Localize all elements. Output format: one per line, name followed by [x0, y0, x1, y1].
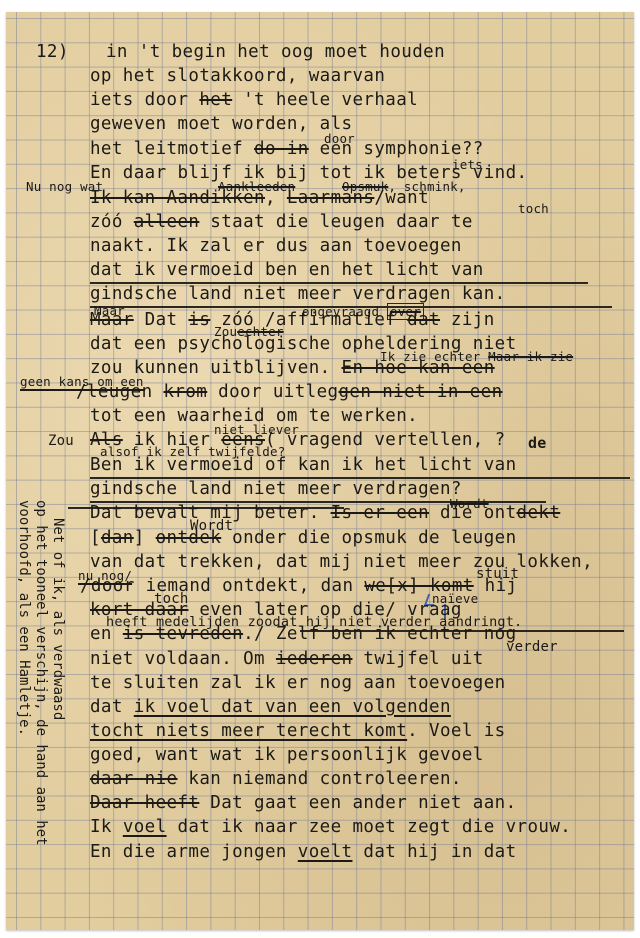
text-line-26: niet voldaan. Om iederen twijfel uit	[90, 649, 484, 669]
text-line-32: Daar heeft Dat gaat een ander niet aan.	[90, 793, 517, 813]
insertion-verder: verder	[506, 639, 558, 655]
text-line-1: in 't begin het oog moet houden	[106, 42, 445, 62]
text-line-10: dat ik vermoeid ben en het licht van	[90, 260, 484, 280]
margin-note-vertical-3: voorhoofd, als een Hamletje.	[16, 500, 32, 736]
text-line-29: tocht niets meer terecht komt. Voel is	[90, 721, 506, 741]
text-line-14: zou kunnen uitblijven. En hoe kan een	[90, 358, 495, 378]
text-line-21: [dan] ontdek onder die opsmuk de leugen	[90, 528, 517, 548]
text-line-20: Dat bevalt mij beter. Is er een die ontd…	[90, 503, 560, 523]
text-line-3: iets door het 't heele verhaal	[90, 90, 418, 110]
text-line-31: daar nie kan niemand controleeren.	[90, 769, 462, 789]
text-line-30: goed, want wat ik persoonlijk gevoel	[90, 745, 484, 765]
text-line-18: Ben ik vermoeid of kan ik het licht van	[90, 455, 517, 475]
text-line-27: te sluiten zal ik er nog aan toevoegen	[90, 673, 506, 693]
text-line-9: naakt. Ik zal er dus aan toevoegen	[90, 236, 462, 256]
margin-note-zou: Zou	[48, 433, 74, 449]
text-line-34: En die arme jongen voelt dat hij in dat	[90, 842, 517, 862]
text-line-25: en is tevreden./ Zelf ben ik echter nog	[90, 624, 517, 644]
text-line-2: op het slotakkoord, waarvan	[90, 66, 385, 86]
margin-note-vertical-1: Net of ik, als verdwaasd	[50, 518, 66, 720]
text-line-4: geweven moet worden, als	[90, 114, 352, 134]
page-number: 12)	[36, 42, 69, 62]
text-line-33: Ik voel dat ik naar zee moet zegt die vr…	[90, 817, 571, 837]
text-line-12: Maar Dat is zóó /affirmatief dat zijn	[90, 310, 495, 330]
text-line-19: gindsche land niet meer verdragen?	[90, 479, 462, 499]
text-line-11: gindsche land niet meer verdragen kan.	[90, 284, 506, 304]
insertion-toch: toch	[518, 201, 549, 216]
text-line-15: /leugen krom door uitleggen niet in een	[76, 382, 503, 402]
insertion-de: de	[528, 434, 546, 452]
text-line-28: dat ik voel dat van een volgenden	[90, 697, 451, 717]
text-line-5: het leitmotief do in een symphonie??	[90, 139, 484, 159]
text-line-8: zóó alleen staat die leugen daar te	[90, 212, 473, 232]
margin-note-vertical-2: op het tooneel verschijn, de hand aan he…	[33, 500, 49, 846]
text-line-7: Ik kan Aandikken, Laarmans/want	[90, 188, 429, 208]
